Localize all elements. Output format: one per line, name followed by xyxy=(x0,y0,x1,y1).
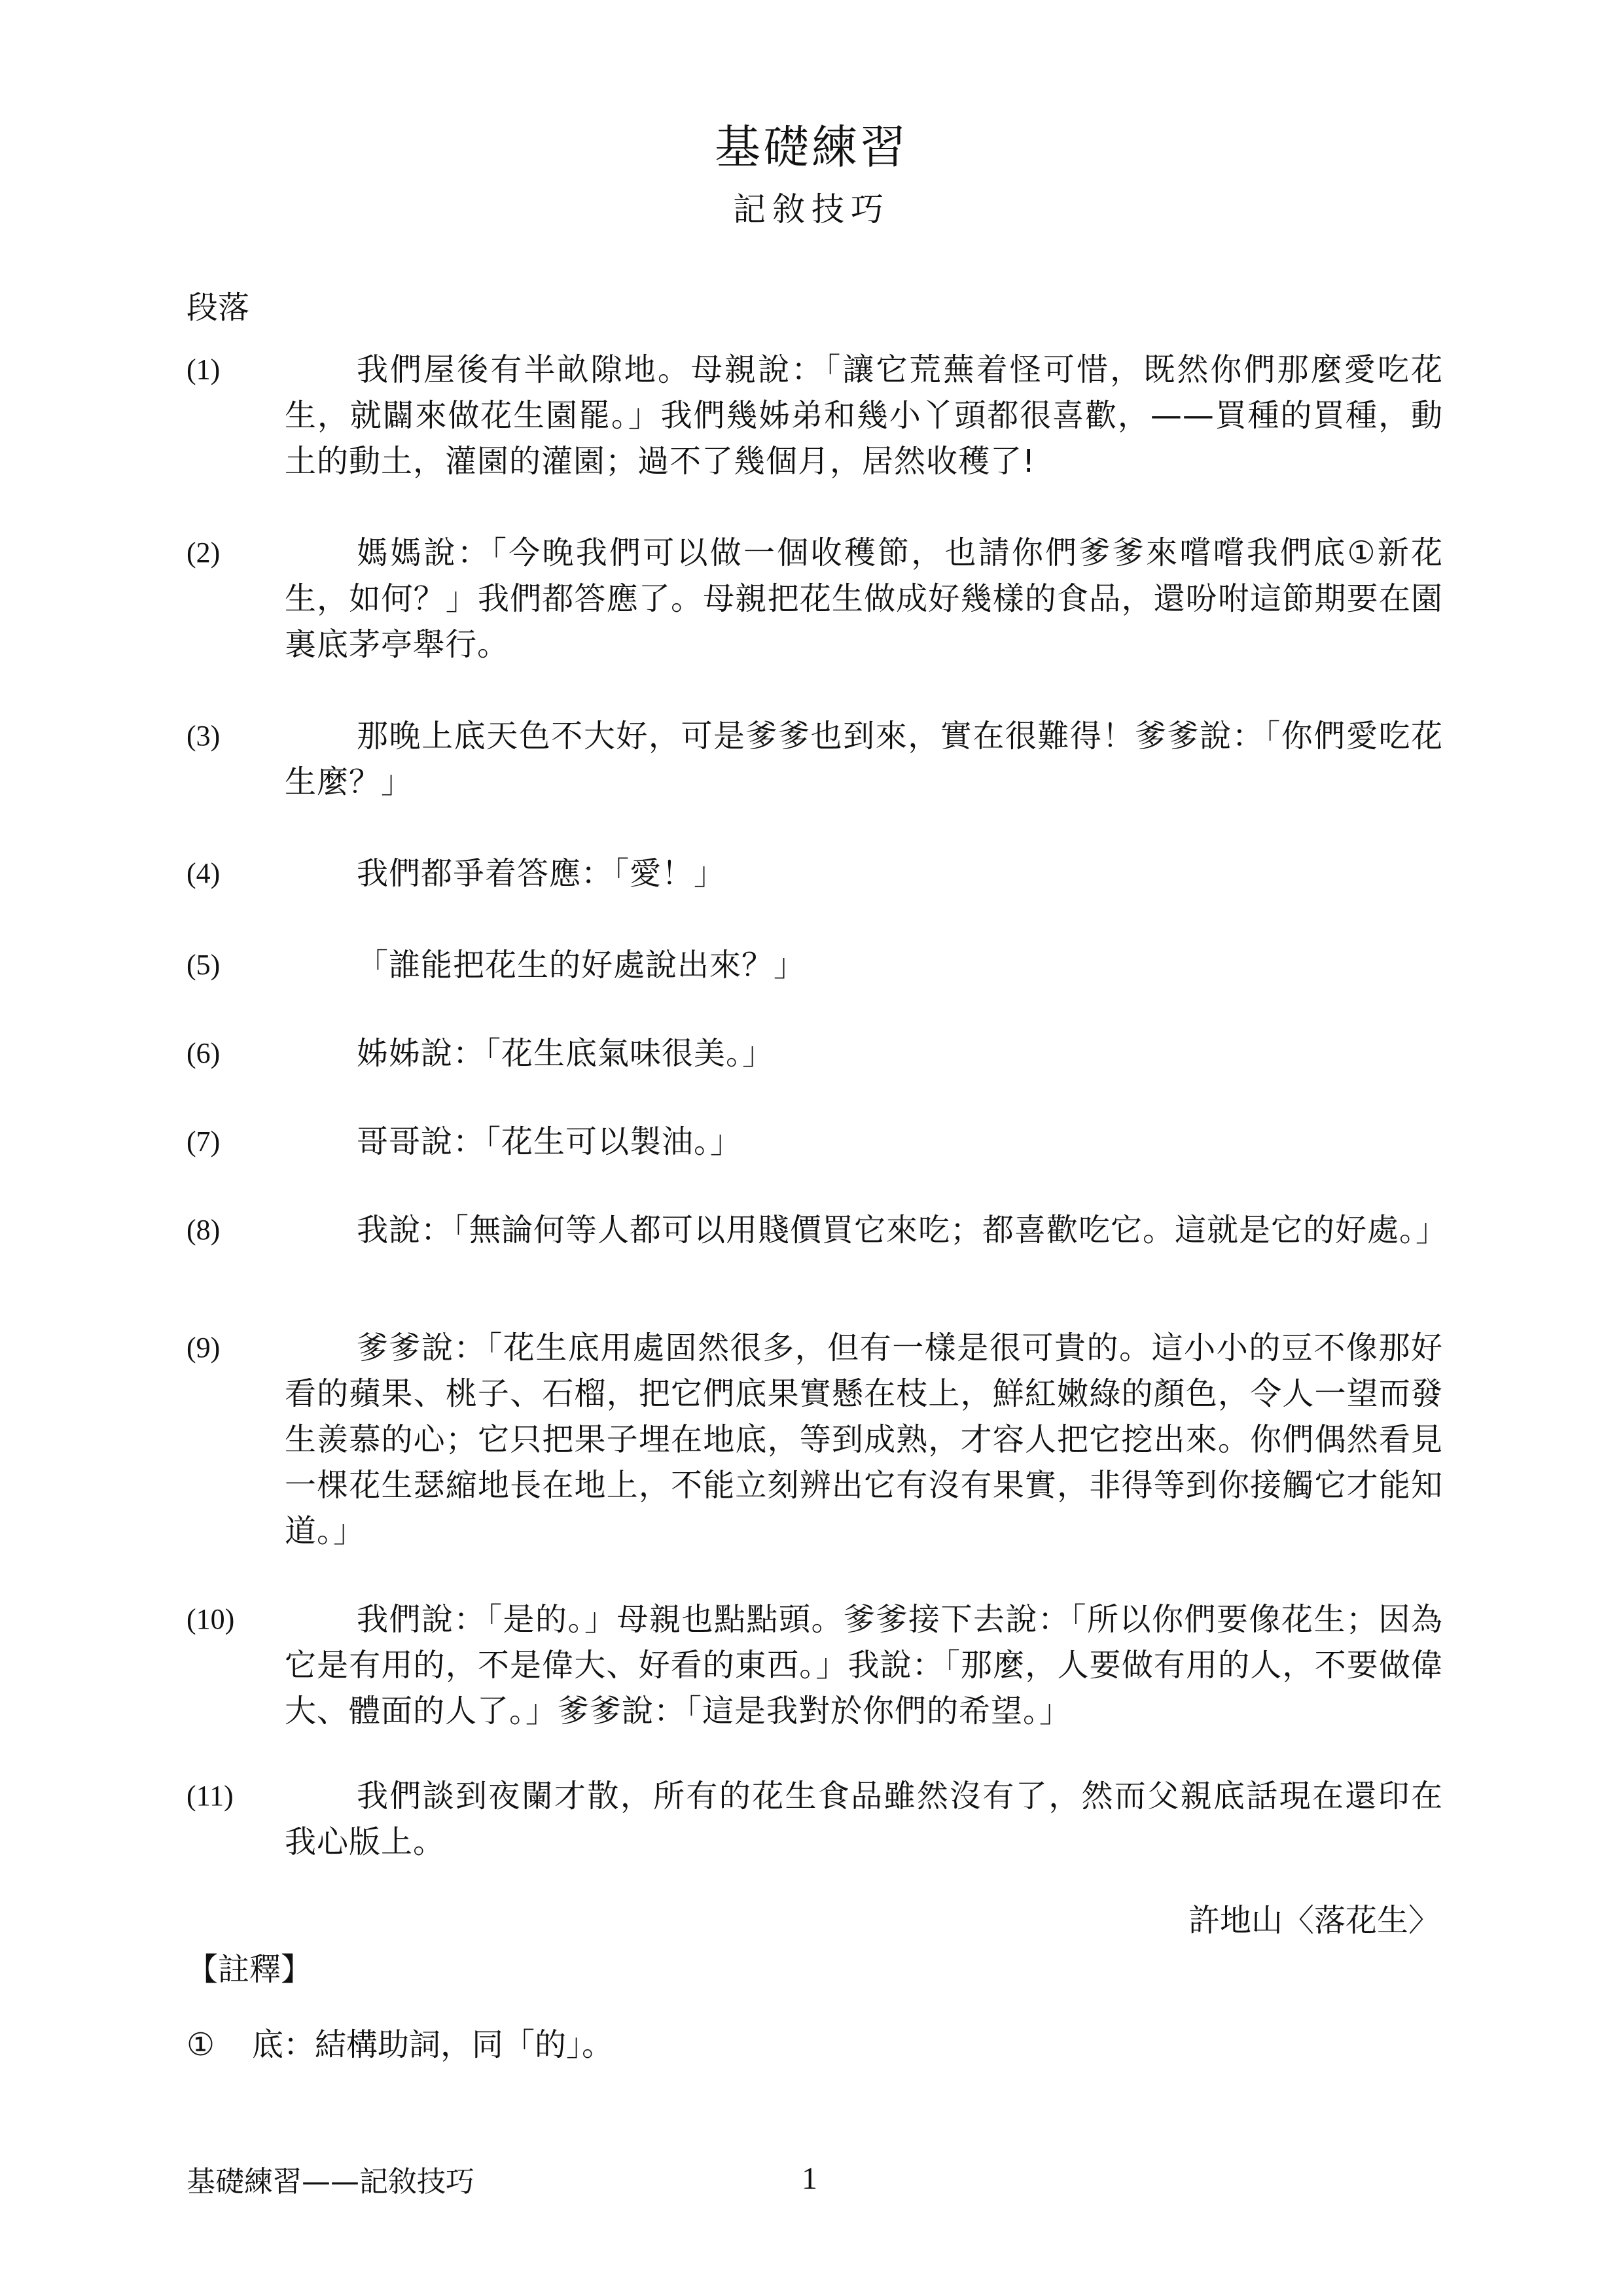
paragraph-number: (6) xyxy=(187,1031,220,1076)
paragraph-number: (3) xyxy=(187,713,220,759)
note-marker: ① xyxy=(187,2022,252,2068)
paragraph-text: 哥哥說：「花生可以製油。」 xyxy=(285,1119,1443,1165)
paragraph-9: (9) 爹爹說：「花生底用處固然很多，但有一樣是很可貴的。這小小的豆不像那好看的… xyxy=(187,1325,1443,1554)
note-item: ①底：結構助詞，同「的」。 xyxy=(187,2022,613,2068)
paragraph-number: (1) xyxy=(187,347,220,393)
notes-heading: 【註釋】 xyxy=(187,1947,312,1992)
paragraph-4: (4) 我們都爭着答應：「愛！」 xyxy=(187,851,1443,896)
source-attribution: 許地山〈落花生〉 xyxy=(1188,1898,1440,1943)
paragraph-7: (7) 哥哥說：「花生可以製油。」 xyxy=(187,1119,1443,1165)
paragraph-text: 我們屋後有半畝隙地。母親說：「讓它荒蕪着怪可惜，既然你們那麼愛吃花生，就闢來做花… xyxy=(285,347,1443,484)
section-label: 段落 xyxy=(187,285,249,330)
paragraph-1: (1) 我們屋後有半畝隙地。母親說：「讓它荒蕪着怪可惜，既然你們那麼愛吃花生，就… xyxy=(187,347,1443,484)
footer-title: 基礎練習——記敘技巧 xyxy=(187,2163,474,2202)
paragraph-5: (5) 「誰能把花生的好處說出來？」 xyxy=(187,942,1443,988)
paragraph-number: (5) xyxy=(187,942,220,988)
paragraph-number: (10) xyxy=(187,1597,234,1642)
note-text: 底：結構助詞，同「的」。 xyxy=(252,2026,613,2063)
paragraph-6: (6) 姊姊說：「花生底氣味很美。」 xyxy=(187,1031,1443,1076)
paragraph-10: (10) 我們說：「是的。」母親也點點頭。爹爹接下去說：「所以你們要像花生；因為… xyxy=(187,1597,1443,1734)
page-number: 1 xyxy=(802,2159,817,2199)
paragraph-2: (2) 媽媽說：「今晚我們可以做一個收穫節，也請你們爹爹來嚐嚐我們底①新花生，如… xyxy=(187,530,1443,667)
paragraph-number: (8) xyxy=(187,1207,220,1253)
paragraph-text: 那晚上底天色不大好，可是爹爹也到來，實在很難得！爹爹說：「你們愛吃花生麼？」 xyxy=(285,713,1443,805)
paragraph-number: (9) xyxy=(187,1325,220,1371)
paragraph-number: (7) xyxy=(187,1119,220,1165)
paragraph-8: (8) 我說：「無論何等人都可以用賤價買它來吃；都喜歡吃它。這就是它的好處。」 xyxy=(187,1207,1443,1253)
paragraph-3: (3) 那晚上底天色不大好，可是爹爹也到來，實在很難得！爹爹說：「你們愛吃花生麼… xyxy=(187,713,1443,805)
paragraph-text: 我們談到夜闌才散，所有的花生食品雖然沒有了，然而父親底話現在還印在我心版上。 xyxy=(285,1773,1443,1865)
paragraph-text: 我們都爭着答應：「愛！」 xyxy=(285,851,1443,896)
page-title: 基礎練習 xyxy=(0,118,1623,177)
paragraph-text: 我們說：「是的。」母親也點點頭。爹爹接下去說：「所以你們要像花生；因為它是有用的… xyxy=(285,1597,1443,1734)
paragraph-text: 姊姊說：「花生底氣味很美。」 xyxy=(285,1031,1443,1076)
paragraph-text: 我說：「無論何等人都可以用賤價買它來吃；都喜歡吃它。這就是它的好處。」 xyxy=(285,1207,1443,1253)
paragraph-11: (11) 我們談到夜闌才散，所有的花生食品雖然沒有了，然而父親底話現在還印在我心… xyxy=(187,1773,1443,1865)
page-subtitle: 記敘技巧 xyxy=(0,186,1623,232)
paragraph-number: (11) xyxy=(187,1773,234,1819)
paragraph-text: 媽媽說：「今晚我們可以做一個收穫節，也請你們爹爹來嚐嚐我們底①新花生，如何？」我… xyxy=(285,530,1443,667)
paragraph-text: 爹爹說：「花生底用處固然很多，但有一樣是很可貴的。這小小的豆不像那好看的蘋果、桃… xyxy=(285,1325,1443,1554)
paragraph-number: (4) xyxy=(187,851,220,896)
document-page: 基礎練習 記敘技巧 段落 (1) 我們屋後有半畝隙地。母親說：「讓它荒蕪着怪可惜… xyxy=(0,0,1623,2296)
paragraph-number: (2) xyxy=(187,530,220,576)
paragraph-text: 「誰能把花生的好處說出來？」 xyxy=(285,942,1443,988)
